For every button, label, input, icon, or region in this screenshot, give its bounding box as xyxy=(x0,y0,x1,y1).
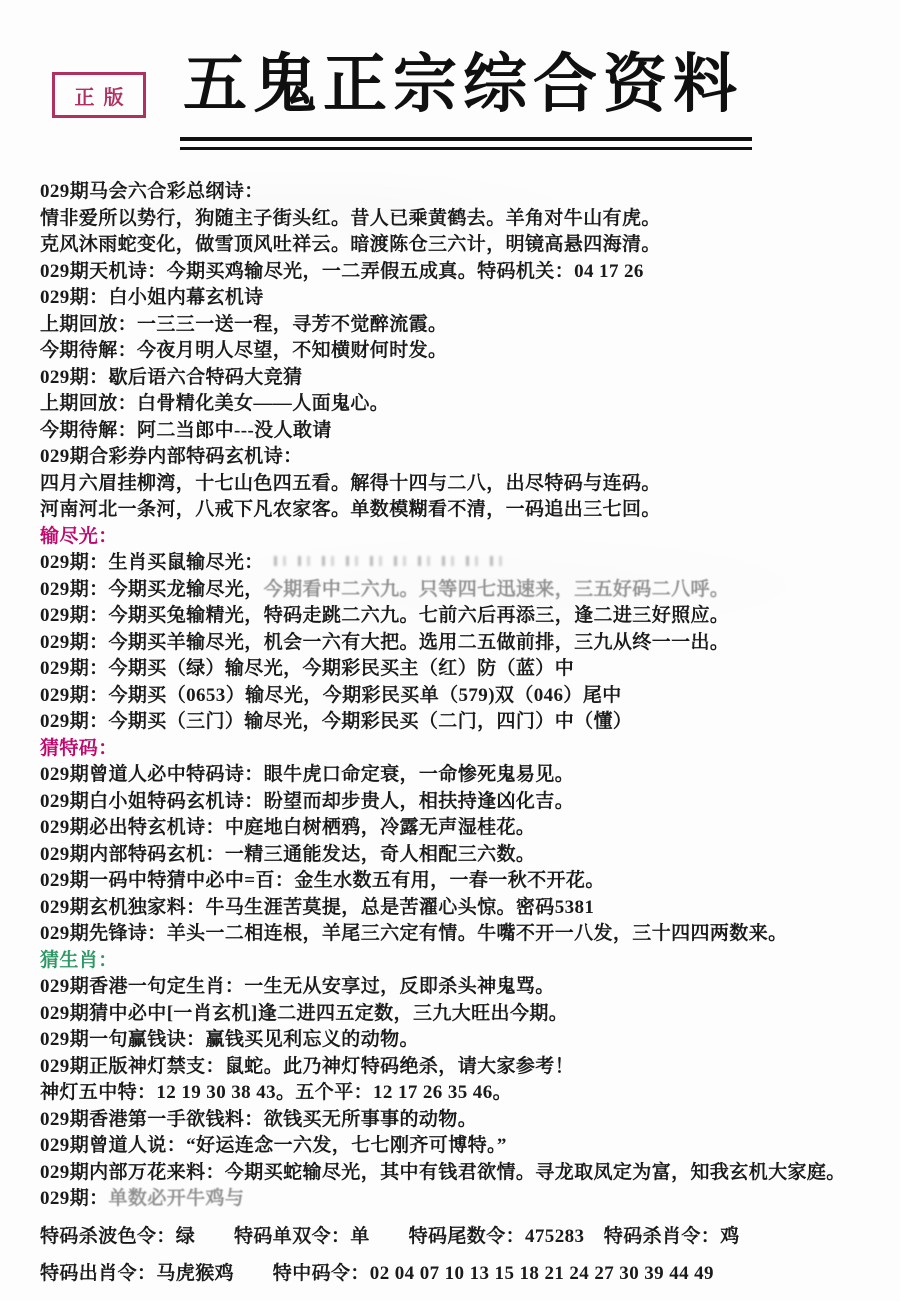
text-segment: 029期先锋诗：羊头一二相连根，羊尾三六定有情。牛嘴不开一八发，三十四四两数来。 xyxy=(40,923,788,944)
text-line: 029期天机诗：今期买鸡输尽光，一二弄假五成真。特码机关：04 17 26 xyxy=(40,259,885,286)
text-line: 029期香港第一手欲钱料：欲钱买无所事事的动物。 xyxy=(40,1107,885,1134)
text-segment: 029期香港第一手欲钱料：欲钱买无所事事的动物。 xyxy=(40,1109,477,1130)
text-segment: 情非爱所以势行，狗随主子街头红。昔人已乘黄鹤去。羊角对牛山有虎。 xyxy=(40,208,661,229)
text-line: 029期一句赢钱诀：赢钱买见利忘义的动物。 xyxy=(40,1027,885,1054)
text-segment: 029期正版神灯禁支：鼠蛇。此乃神灯特码绝杀，请大家参考！ xyxy=(40,1056,574,1077)
text-line: 029期：今期买（绿）输尽光，今期彩民买主（红）防（蓝）中 xyxy=(40,656,885,683)
text-line: 029期曾道人说：“好运连念一六发，七七刚齐可博特。” xyxy=(40,1133,885,1160)
text-line: 029期玄机独家料：牛马生涯苦莫提，总是苦濯心头惊。密码5381 xyxy=(40,895,885,922)
text-line: 029期：今期买龙输尽光，今期看中二六九。只等四七迅速来，三五好码二八呼。 xyxy=(40,577,885,604)
text-segment: 029期内部万花来料：今期买蛇输尽光，其中有钱君欲情。寻龙取凤定为富，知我玄机大… xyxy=(40,1162,846,1183)
text-line: 029期：单数必开牛鸡与 xyxy=(40,1186,885,1213)
text-segment: 029期：今期买（绿）输尽光，今期彩民买主（红）防（蓝）中 xyxy=(40,658,574,679)
text-segment: 029期： xyxy=(40,1188,109,1209)
text-segment: 克风沐雨蛇变化，做雪顶风吐祥云。暗渡陈仓三六计，明镜高悬四海清。 xyxy=(40,234,661,255)
text-line: 克风沐雨蛇变化，做雪顶风吐祥云。暗渡陈仓三六计，明镜高悬四海清。 xyxy=(40,232,885,259)
text-line: 029期必出特玄机诗：中庭地白树栖鸦，冷露无声湿桂花。 xyxy=(40,815,885,842)
text-segment: 输尽光： xyxy=(40,526,118,547)
text-line: 029期一码中特猜中必中=百：金生水数五有用，一春一秋不开花。 xyxy=(40,868,885,895)
text-segment: 029期：今期买羊输尽光，机会一六有大把。选用二五做前排，三九从终一一出。 xyxy=(40,632,729,653)
authentic-badge-label: 正版 xyxy=(66,81,133,110)
text-segment: 029期一句赢钱诀：赢钱买见利忘义的动物。 xyxy=(40,1029,419,1050)
text-segment: 029期合彩券内部特码玄机诗： xyxy=(40,446,303,467)
text-line: 029期白小姐特码玄机诗：盼望而却步贵人，相扶持逢凶化吉。 xyxy=(40,789,885,816)
section-header: 输尽光： xyxy=(40,524,885,551)
authentic-badge: 正版 xyxy=(52,72,146,118)
text-segment: 029期：今期买兔输精光，特码走跳二六九。七前六后再添三，逢二进三好照应。 xyxy=(40,605,729,626)
text-line: 029期：今期买羊输尽光，机会一六有大把。选用二五做前排，三九从终一一出。 xyxy=(40,630,885,657)
text-segment: 029期：歇后语六合特码大竞猜 xyxy=(40,367,303,388)
text-line: 029期内部万花来料：今期买蛇输尽光，其中有钱君欲情。寻龙取凤定为富，知我玄机大… xyxy=(40,1160,885,1187)
text-line: 今期待解：阿二当郎中---没人敢请 xyxy=(40,418,885,445)
text-segment: 029期：今期买（0653）输尽光，今期彩民买单（579)双（046）尾中 xyxy=(40,685,622,706)
text-line: 上期回放：一三三一送一程，寻芳不觉醉流霞。 xyxy=(40,312,885,339)
text-segment: 今期看中二六九。只等四七迅速来，三五好码二八呼。 xyxy=(264,579,730,600)
text-line: 029期先锋诗：羊头一二相连根，羊尾三六定有情。牛嘴不开一八发，三十四四两数来。 xyxy=(40,921,885,948)
text-line: 029期：今期买（三门）输尽光，今期彩民买（二门，四门）中（懂） xyxy=(40,709,885,736)
text-segment: 上期回放：一三三一送一程，寻芳不觉醉流霞。 xyxy=(40,314,447,335)
text-line: 029期香港一句定生肖：一生无从安享过，反即杀头神鬼骂。 xyxy=(40,974,885,1001)
text-line: 029期合彩券内部特码玄机诗： xyxy=(40,444,885,471)
text-segment: 029期：白小姐内幕玄机诗 xyxy=(40,287,264,308)
page-title: 五鬼正宗综合资料 xyxy=(183,50,743,120)
text-segment: 029期必出特玄机诗：中庭地白树栖鸦，冷露无声湿桂花。 xyxy=(40,817,535,838)
text-segment: 029期香港一句定生肖：一生无从安享过，反即杀头神鬼骂。 xyxy=(40,976,555,997)
text-line: 029期：白小姐内幕玄机诗 xyxy=(40,285,885,312)
text-segment: 029期曾道人说：“好运连念一六发，七七刚齐可博特。” xyxy=(40,1135,507,1156)
content-lines: 029期马会六合彩总纲诗：情非爱所以势行，狗随主子街头红。昔人已乘黄鹤去。羊角对… xyxy=(40,179,885,1288)
text-segment: 四月六眉挂柳湾，十七山色四五看。解得十四与二八，出尽特码与连码。 xyxy=(40,473,661,494)
text-segment: 特码出肖令：马虎猴鸡 特中码令：02 04 07 10 13 15 18 21 … xyxy=(40,1263,714,1284)
text-segment: 特码杀波色令：绿 特码单双令：单 特码尾数令：475283 特码杀肖令：鸡 xyxy=(40,1226,740,1247)
text-line: 特码出肖令：马虎猴鸡 特中码令：02 04 07 10 13 15 18 21 … xyxy=(40,1261,885,1288)
text-line: 今期待解：今夜月明人尽望，不知横财何时发。 xyxy=(40,338,885,365)
text-segment: 神灯五中特：12 19 30 38 43。五个平：12 17 26 35 46。 xyxy=(40,1082,512,1103)
text-segment: 029期一码中特猜中必中=百：金生水数五有用，一春一秋不开花。 xyxy=(40,870,605,891)
text-line: 上期回放：白骨精化美女——人面鬼心。 xyxy=(40,391,885,418)
text-segment: 029期：生肖买鼠输尽光： xyxy=(40,552,264,573)
text-segment: 猜生肖： xyxy=(40,950,118,971)
text-line: 四月六眉挂柳湾，十七山色四五看。解得十四与二八，出尽特码与连码。 xyxy=(40,471,885,498)
text-segment: 今期待解：今夜月明人尽望，不知横财何时发。 xyxy=(40,340,447,361)
text-line: 029期正版神灯禁支：鼠蛇。此乃神灯特码绝杀，请大家参考！ xyxy=(40,1054,885,1081)
text-segment: 单数必开牛鸡与 xyxy=(109,1188,245,1209)
text-line: 029期：生肖买鼠输尽光： xyxy=(40,550,885,577)
text-line: 029期曾道人必中特码诗：眼牛虎口命定衰，一命惨死鬼易见。 xyxy=(40,762,885,789)
title-underline xyxy=(180,137,752,150)
section-header: 猜特码： xyxy=(40,736,885,763)
text-segment: 029期：今期买龙输尽光， xyxy=(40,579,264,600)
text-line: 029期：今期买兔输精光，特码走跳二六九。七前六后再添三，逢二进三好照应。 xyxy=(40,603,885,630)
text-segment: 029期内部特码玄机：一精三通能发达，奇人相配三六数。 xyxy=(40,844,535,865)
text-line: 029期：歇后语六合特码大竞猜 xyxy=(40,365,885,392)
text-line: 029期内部特码玄机：一精三通能发达，奇人相配三六数。 xyxy=(40,842,885,869)
text-segment: 029期玄机独家料：牛马生涯苦莫提，总是苦濯心头惊。密码5381 xyxy=(40,897,594,918)
text-line: 神灯五中特：12 19 30 38 43。五个平：12 17 26 35 46。 xyxy=(40,1080,885,1107)
text-segment: 029期猜中必中[一肖玄机]逢二进四五定数，三九大旺出今期。 xyxy=(40,1003,568,1024)
text-segment: 029期天机诗：今期买鸡输尽光，一二弄假五成真。特码机关：04 17 26 xyxy=(40,261,644,282)
text-line: 特码杀波色令：绿 特码单双令：单 特码尾数令：475283 特码杀肖令：鸡 xyxy=(40,1224,885,1251)
illegible-smudge xyxy=(274,556,509,566)
document-page: 正版 五鬼正宗综合资料 029期马会六合彩总纲诗：情非爱所以势行，狗随主子街头红… xyxy=(0,0,900,1301)
text-line: 029期：今期买（0653）输尽光，今期彩民买单（579)双（046）尾中 xyxy=(40,683,885,710)
text-segment: 今期待解：阿二当郎中---没人敢请 xyxy=(40,420,332,441)
text-line: 河南河北一条河，八戒下凡农家客。单数模糊看不清，一码追出三七回。 xyxy=(40,497,885,524)
section-header: 猜生肖： xyxy=(40,948,885,975)
text-segment: 029期曾道人必中特码诗：眼牛虎口命定衰，一命惨死鬼易见。 xyxy=(40,764,574,785)
text-segment: 029期：今期买（三门）输尽光，今期彩民买（二门，四门）中（懂） xyxy=(40,711,632,732)
text-segment: 029期马会六合彩总纲诗： xyxy=(40,181,264,202)
text-line: 029期猜中必中[一肖玄机]逢二进四五定数，三九大旺出今期。 xyxy=(40,1001,885,1028)
text-line: 情非爱所以势行，狗随主子街头红。昔人已乘黄鹤去。羊角对牛山有虎。 xyxy=(40,206,885,233)
text-line: 029期马会六合彩总纲诗： xyxy=(40,179,885,206)
text-segment: 上期回放：白骨精化美女——人面鬼心。 xyxy=(40,393,389,414)
text-segment: 河南河北一条河，八戒下凡农家客。单数模糊看不清，一码追出三七回。 xyxy=(40,499,661,520)
text-segment: 029期白小姐特码玄机诗：盼望而却步贵人，相扶持逢凶化吉。 xyxy=(40,791,574,812)
text-segment: 猜特码： xyxy=(40,738,118,759)
